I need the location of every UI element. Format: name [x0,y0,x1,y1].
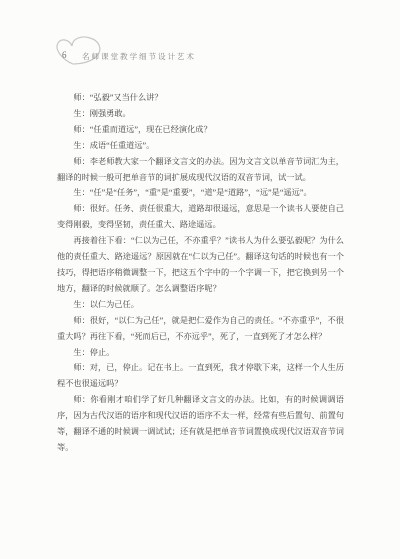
paragraph-student: 生：“任”是“任务”，“重”是“重要”，“道”是“道路”，“远”是“遥远”。 [57,185,344,201]
page-header: 6 名师课堂教学细节设计艺术 [0,0,400,70]
paragraph-student: 生：停止。 [57,345,344,361]
page-body: 师：“弘毅”又当什么讲？ 生：刚强勇敢。 师：“任重而道远”，现在已经演化成？ … [57,90,344,456]
paragraph-teacher: 师：李老师教大家一个翻译文言文的办法。因为文言文以单音节词汇为主，翻译的时候一般… [57,154,344,186]
paragraph-teacher: 师：你看刚才咱们学了好几种翻译文言文的办法。比如，有的时候调调语序，因为古代汉语… [57,392,344,456]
book-page: 6 名师课堂教学细节设计艺术 师：“弘毅”又当什么讲？ 生：刚强勇敢。 师：“任… [0,0,400,559]
paragraph-teacher: 师：很好。任务、责任很重大，道路却很遥远，意思是一个读书人要使自己变得刚毅，变得… [57,201,344,233]
paragraph-teacher: 再接着往下看：“仁以为己任，不亦重乎？”读书人为什么要弘毅呢？为什么他的责任重大… [57,233,344,297]
book-title: 名师课堂教学细节设计艺术 [82,51,196,62]
paragraph-teacher: 师：“任重而道远”，现在已经演化成？ [57,122,344,138]
paragraph-student: 生：成语“任重道远”。 [57,138,344,154]
paragraph-teacher: 师：“弘毅”又当什么讲？ [57,90,344,106]
paragraph-student: 生：刚强勇敢。 [57,106,344,122]
paragraph-teacher: 师：对，已，停止。记在书上。一直到死，我才停歇下来，这样一个人生历程不也很遥远吗… [57,360,344,392]
paragraph-student: 生：以仁为己任。 [57,297,344,313]
paragraph-teacher: 师：很好，“以仁为己任”，就是把仁爱作为自己的责任。“不亦重乎”，不很重大吗？再… [57,313,344,345]
page-number: 6 [62,50,67,60]
